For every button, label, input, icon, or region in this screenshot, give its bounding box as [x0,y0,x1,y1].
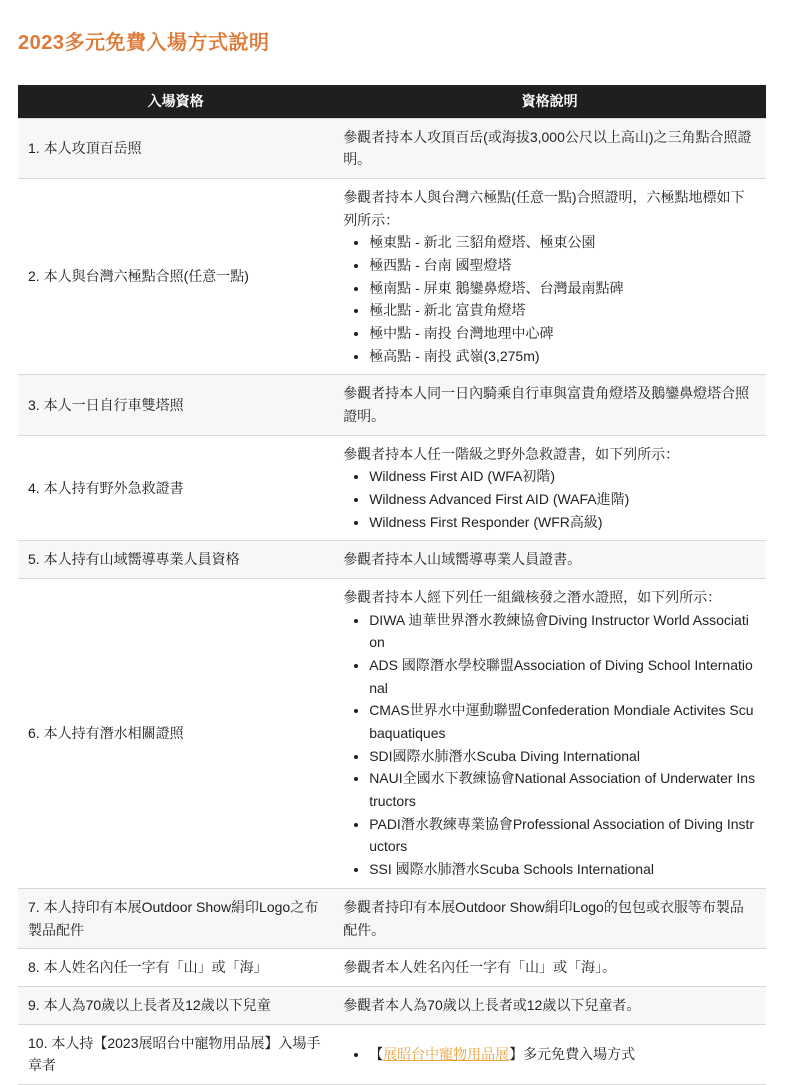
description-list-item: Wildness First AID (WFA初階) [369,465,756,488]
description-list-item: 極高點 - 南投 武嶺(3,275m) [369,345,756,368]
qualification-cell: 5. 本人持有山域嚮導專業人員資格 [18,541,333,579]
description-cell: 【展昭台中寵物用品展】多元免費入場方式 [333,1024,766,1084]
table-row: 7. 本人持印有本展Outdoor Show絹印Logo之布製品配件 參觀者持印… [18,888,766,948]
description-text: 參觀者持本人攻頂百岳(或海拔3,000公尺以上高山)之三角點合照證明。 [343,126,756,171]
description-cell: 參觀者本人姓名內任一字有「山」或「海」。 [333,949,766,987]
table-row: 4. 本人持有野外急救證書 參觀者持本人任一階級之野外急救證書，如下列所示： W… [18,435,766,541]
description-list-item: CMAS世界水中運動聯盟Confederation Mondiale Activ… [369,699,756,744]
qualification-text: 1. 本人攻頂百岳照 [28,140,142,156]
description-cell: 參觀者本人為70歲以上長者或12歲以下兒童者。 [333,986,766,1024]
qualification-text: 8. 本人姓名內任一字有「山」或「海」 [28,959,268,975]
description-text: 參觀者本人姓名內任一字有「山」或「海」。 [343,956,756,979]
qualification-text: 3. 本人一日自行車雙塔照 [28,397,184,413]
description-list: 極東點 - 新北 三貂角燈塔、極東公園極西點 - 台南 國聖燈塔極南點 - 屏東… [343,231,756,367]
pet-expo-link[interactable]: 展昭台中寵物用品展 [383,1046,509,1062]
description-text: 參觀者持本人與台灣六極點(任意一點)合照證明，六極點地標如下列所示： [343,186,756,231]
description-text: 參觀者持本人山域嚮導專業人員證書。 [343,548,756,571]
description-text: 參觀者本人為70歲以上長者或12歲以下兒童者。 [343,994,756,1017]
qualification-cell: 6. 本人持有潛水相關證照 [18,579,333,889]
description-list-item: 極西點 - 台南 國聖燈塔 [369,254,756,277]
table-body: 1. 本人攻頂百岳照 參觀者持本人攻頂百岳(或海拔3,000公尺以上高山)之三角… [18,118,766,1084]
description-list: Wildness First AID (WFA初階)Wildness Advan… [343,465,756,533]
qualification-text: 5. 本人持有山域嚮導專業人員資格 [28,551,240,567]
table-row: 8. 本人姓名內任一字有「山」或「海」 參觀者本人姓名內任一字有「山」或「海」。 [18,949,766,987]
qualification-cell: 2. 本人與台灣六極點合照(任意一點) [18,179,333,375]
description-cell: 參觀者持本人攻頂百岳(或海拔3,000公尺以上高山)之三角點合照證明。 [333,118,766,178]
qualification-cell: 1. 本人攻頂百岳照 [18,118,333,178]
table-row: 2. 本人與台灣六極點合照(任意一點) 參觀者持本人與台灣六極點(任意一點)合照… [18,179,766,375]
description-list-item: SSI 國際水肺潛水Scuba Schools International [369,858,756,881]
qualification-cell: 3. 本人一日自行車雙塔照 [18,375,333,435]
qualification-text: 6. 本人持有潛水相關證照 [28,725,184,741]
table-row: 5. 本人持有山域嚮導專業人員資格 參觀者持本人山域嚮導專業人員證書。 [18,541,766,579]
description-list-item: ADS 國際潛水學校聯盟Association of Diving School… [369,654,756,699]
qualification-text: 4. 本人持有野外急救證書 [28,480,184,496]
qualification-text: 10. 本人持【2023展昭台中寵物用品展】入場手章者 [28,1035,321,1074]
description-cell: 參觀者持本人與台灣六極點(任意一點)合照證明，六極點地標如下列所示： 極東點 -… [333,179,766,375]
table-row: 6. 本人持有潛水相關證照 參觀者持本人經下列任一組織核發之潛水證照，如下列所示… [18,579,766,889]
description-cell: 參觀者持本人同一日內騎乘自行車與富貴角燈塔及鵝鑾鼻燈塔合照證明。 [333,375,766,435]
description-list-item: DIWA 迪華世界潛水教練協會Diving Instructor World A… [369,609,756,654]
qualification-cell: 4. 本人持有野外急救證書 [18,435,333,541]
table-row: 9. 本人為70歲以上長者及12歲以下兒童 參觀者本人為70歲以上長者或12歲以… [18,986,766,1024]
qualification-text: 7. 本人持印有本展Outdoor Show絹印Logo之布製品配件 [28,899,318,938]
description-list-item: 極東點 - 新北 三貂角燈塔、極東公園 [369,231,756,254]
table-row: 3. 本人一日自行車雙塔照 參觀者持本人同一日內騎乘自行車與富貴角燈塔及鵝鑾鼻燈… [18,375,766,435]
description-text: 參觀者持印有本展Outdoor Show絹印Logo的包包或衣服等布製品配件。 [343,896,756,941]
description-list-item: 極北點 - 新北 富貴角燈塔 [369,299,756,322]
page-title: 2023多元免費入場方式說明 [0,0,800,55]
qualification-text: 2. 本人與台灣六極點合照(任意一點) [28,268,249,284]
description-text: 參觀者持本人任一階級之野外急救證書，如下列所示： [343,443,756,466]
qualification-text: 9. 本人為70歲以上長者及12歲以下兒童 [28,997,271,1013]
qualification-cell: 9. 本人為70歲以上長者及12歲以下兒童 [18,986,333,1024]
description-list-item: Wildness Advanced First AID (WAFA進階) [369,488,756,511]
description-cell: 參觀者持本人經下列任一組織核發之潛水證照，如下列所示： DIWA 迪華世界潛水教… [333,579,766,889]
page: 2023多元免費入場方式說明 入場資格 資格說明 1. 本人攻頂百岳照 參觀者持… [0,0,800,1085]
description-text: 參觀者持本人同一日內騎乘自行車與富貴角燈塔及鵝鑾鼻燈塔合照證明。 [343,382,756,427]
description-list: DIWA 迪華世界潛水教練協會Diving Instructor World A… [343,609,756,881]
description-list-item: 【展昭台中寵物用品展】多元免費入場方式 [369,1043,756,1066]
description-cell: 參觀者持印有本展Outdoor Show絹印Logo的包包或衣服等布製品配件。 [333,888,766,948]
column-header-qualification: 入場資格 [18,85,333,118]
description-cell: 參觀者持本人任一階級之野外急救證書，如下列所示： Wildness First … [333,435,766,541]
description-list-item: SDI國際水肺潛水Scuba Diving International [369,745,756,768]
description-list: 【展昭台中寵物用品展】多元免費入場方式 [343,1043,756,1066]
description-text: 參觀者持本人經下列任一組織核發之潛水證照，如下列所示： [343,586,756,609]
table-row: 10. 本人持【2023展昭台中寵物用品展】入場手章者 【展昭台中寵物用品展】多… [18,1024,766,1084]
description-cell: 參觀者持本人山域嚮導專業人員證書。 [333,541,766,579]
table-header: 入場資格 資格說明 [18,85,766,118]
entry-methods-table: 入場資格 資格說明 1. 本人攻頂百岳照 參觀者持本人攻頂百岳(或海拔3,000… [18,85,766,1085]
description-list-item: 極南點 - 屏東 鵝鑾鼻燈塔、台灣最南點碑 [369,277,756,300]
table-row: 1. 本人攻頂百岳照 參觀者持本人攻頂百岳(或海拔3,000公尺以上高山)之三角… [18,118,766,178]
description-list-item: 極中點 - 南投 台灣地理中心碑 [369,322,756,345]
description-list-item: Wildness First Responder (WFR高級) [369,511,756,534]
column-header-description: 資格說明 [333,85,766,118]
qualification-cell: 7. 本人持印有本展Outdoor Show絹印Logo之布製品配件 [18,888,333,948]
qualification-cell: 8. 本人姓名內任一字有「山」或「海」 [18,949,333,987]
qualification-cell: 10. 本人持【2023展昭台中寵物用品展】入場手章者 [18,1024,333,1084]
header-row: 入場資格 資格說明 [18,85,766,118]
description-list-item: NAUI全國水下教練協會National Association of Unde… [369,767,756,812]
description-list-item: PADI潛水教練專業協會Professional Association of … [369,813,756,858]
